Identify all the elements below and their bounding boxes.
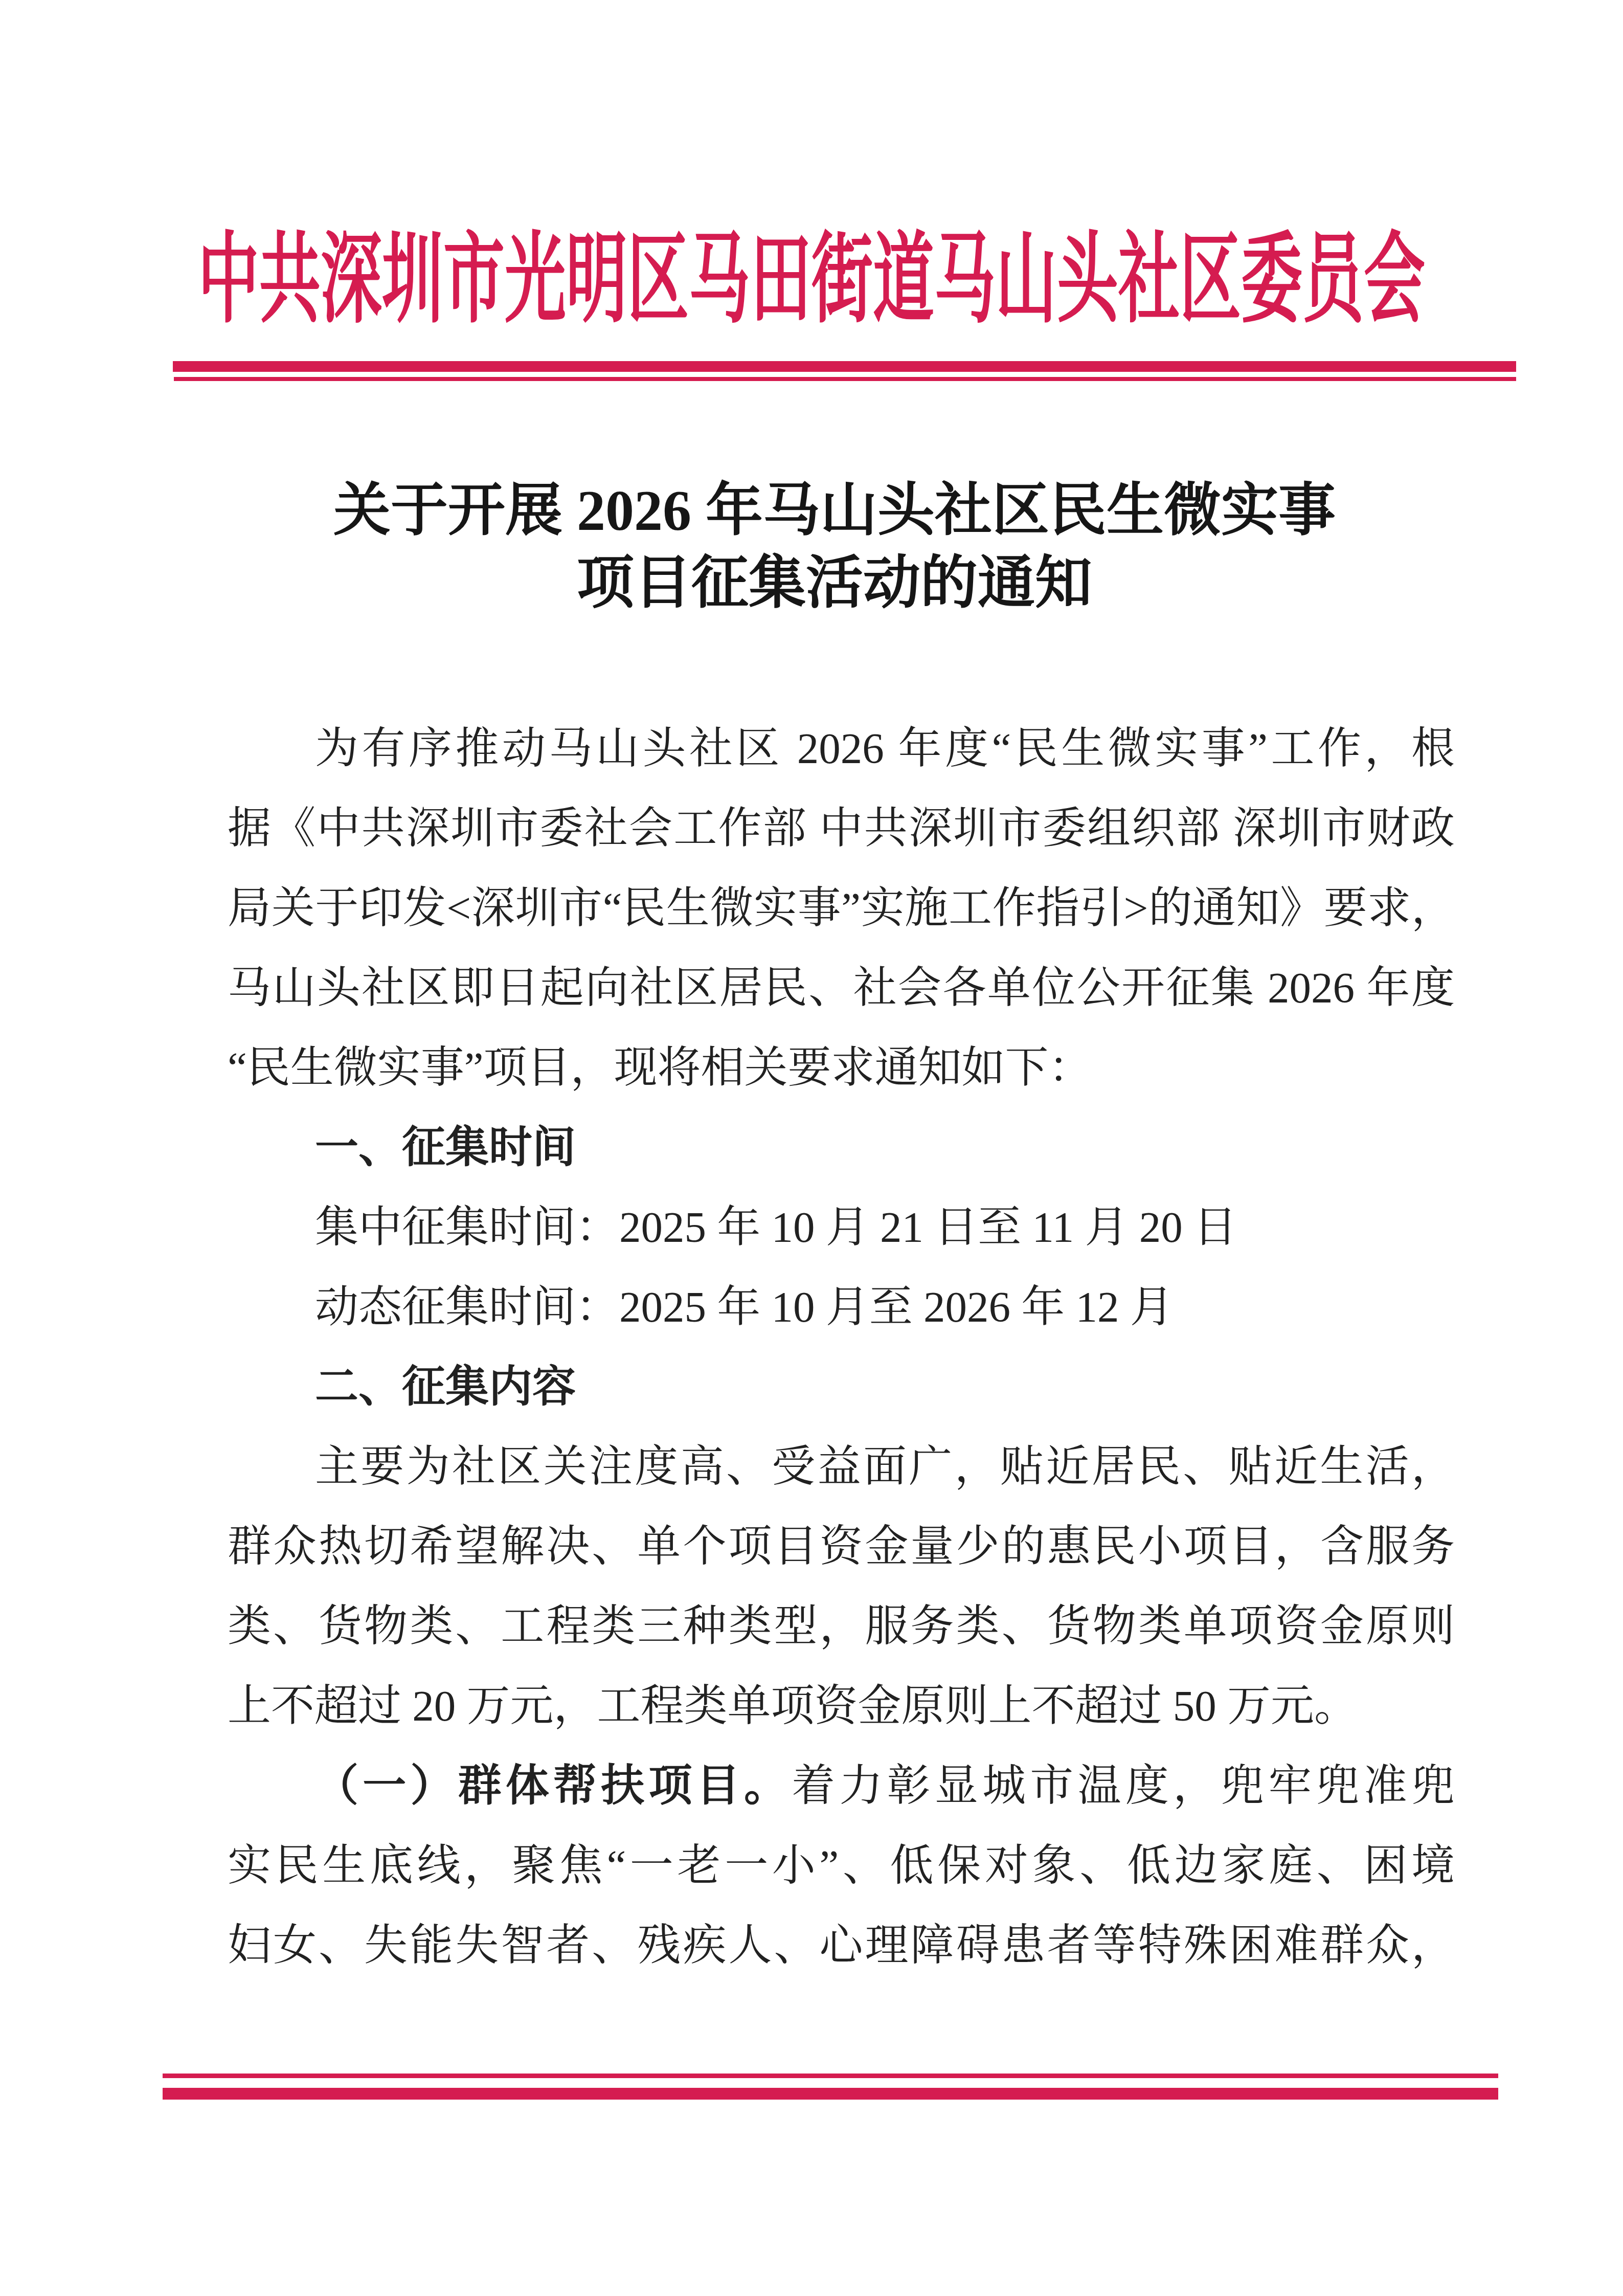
- letterhead-org-name: 中共深圳市光明区马田街道马山头社区委员会: [198, 231, 1425, 329]
- text-run: 动态征集时间：2025 年 10 月至 2026 年 12 月: [315, 1283, 1174, 1331]
- document-title-line1: 关于开展 2026 年马山头社区民生微实事: [46, 475, 1623, 547]
- text-run: 妇女、失能失智者、残疾人、心理障碍患者等特殊困难群众，: [228, 1922, 1455, 1970]
- text-run: 集中征集时间：2025 年 10 月 21 日至 11 月 20 日: [315, 1203, 1237, 1252]
- text-run: 群众热切希望解决、单个项目资金量少的惠民小项目，含服务: [228, 1523, 1455, 1571]
- document-title: 关于开展 2026 年马山头社区民生微实事 项目征集活动的通知: [46, 475, 1623, 620]
- text-run: “民生微实事”项目，现将相关要求通知如下：: [228, 1044, 1092, 1092]
- text-run: 类、货物类、工程类三种类型，服务类、货物类单项资金原则: [228, 1602, 1455, 1651]
- text-run: 实民生底线，聚焦“一老一小”、低保对象、低边家庭、困境: [228, 1842, 1455, 1890]
- document-title-line2: 项目征集活动的通知: [46, 547, 1623, 620]
- body-line: 局关于印发<深圳市“民生微实事”实施工作指引>的通知》要求，: [228, 868, 1455, 948]
- text-run: 一、征集时间: [315, 1123, 576, 1172]
- body-line: 类、货物类、工程类三种类型，服务类、货物类单项资金原则: [228, 1587, 1455, 1666]
- body-line: “民生微实事”项目，现将相关要求通知如下：: [228, 1028, 1455, 1108]
- body-line: 动态征集时间：2025 年 10 月至 2026 年 12 月: [228, 1267, 1455, 1347]
- body-lines: 为有序推动马山头社区 2026 年度“民生微实事”工作，根据《中共深圳市委社会工…: [228, 709, 1455, 1986]
- text-run: 着力彰显城市温度，兜牢兜准兜: [792, 1762, 1455, 1810]
- text-run: 局关于印发<深圳市“民生微实事”实施工作指引>的通知》要求，: [228, 884, 1455, 932]
- body-line: 主要为社区关注度高、受益面广，贴近居民、贴近生活，: [228, 1427, 1455, 1507]
- body-line: 马山头社区即日起向社区居民、社会各单位公开征集 2026 年度: [228, 948, 1455, 1028]
- text-run: 据《中共深圳市委社会工作部 中共深圳市委组织部 深圳市财政: [228, 805, 1455, 853]
- body-line: （一）群体帮扶项目。着力彰显城市温度，兜牢兜准兜: [228, 1746, 1455, 1826]
- text-run: 二、征集内容: [315, 1363, 576, 1411]
- body-line: 据《中共深圳市委社会工作部 中共深圳市委组织部 深圳市财政: [228, 789, 1455, 868]
- body-line: 群众热切希望解决、单个项目资金量少的惠民小项目，含服务: [228, 1507, 1455, 1587]
- body-line: 实民生底线，聚焦“一老一小”、低保对象、低边家庭、困境: [228, 1826, 1455, 1906]
- letterhead: 中共深圳市光明区马田街道马山头社区委员会: [31, 231, 1592, 308]
- section-heading: 二、征集内容: [228, 1347, 1455, 1427]
- body-line: 为有序推动马山头社区 2026 年度“民生微实事”工作，根: [228, 709, 1455, 789]
- text-run: 马山头社区即日起向社区居民、社会各单位公开征集 2026 年度: [228, 964, 1455, 1012]
- text-run: 为有序推动马山头社区 2026 年度“民生微实事”工作，根: [315, 725, 1455, 773]
- text-run: （一）群体帮扶项目。: [315, 1762, 792, 1810]
- document-page: 中共深圳市光明区马田街道马山头社区委员会 关于开展 2026 年马山头社区民生微…: [0, 0, 1623, 2296]
- footer-rule-thick: [163, 2088, 1498, 2100]
- section-heading: 一、征集时间: [228, 1108, 1455, 1188]
- footer-rule-thin: [163, 2074, 1498, 2078]
- body-line: 妇女、失能失智者、残疾人、心理障碍患者等特殊困难群众，: [228, 1906, 1455, 1986]
- header-rule-thick: [173, 361, 1516, 372]
- text-run: 主要为社区关注度高、受益面广，贴近居民、贴近生活，: [315, 1443, 1455, 1491]
- header-rule-thin: [174, 377, 1516, 381]
- text-run: 上不超过 20 万元，工程类单项资金原则上不超过 50 万元。: [228, 1682, 1358, 1730]
- body-line: 上不超过 20 万元，工程类单项资金原则上不超过 50 万元。: [228, 1666, 1455, 1746]
- body-line: 集中征集时间：2025 年 10 月 21 日至 11 月 20 日: [228, 1188, 1455, 1267]
